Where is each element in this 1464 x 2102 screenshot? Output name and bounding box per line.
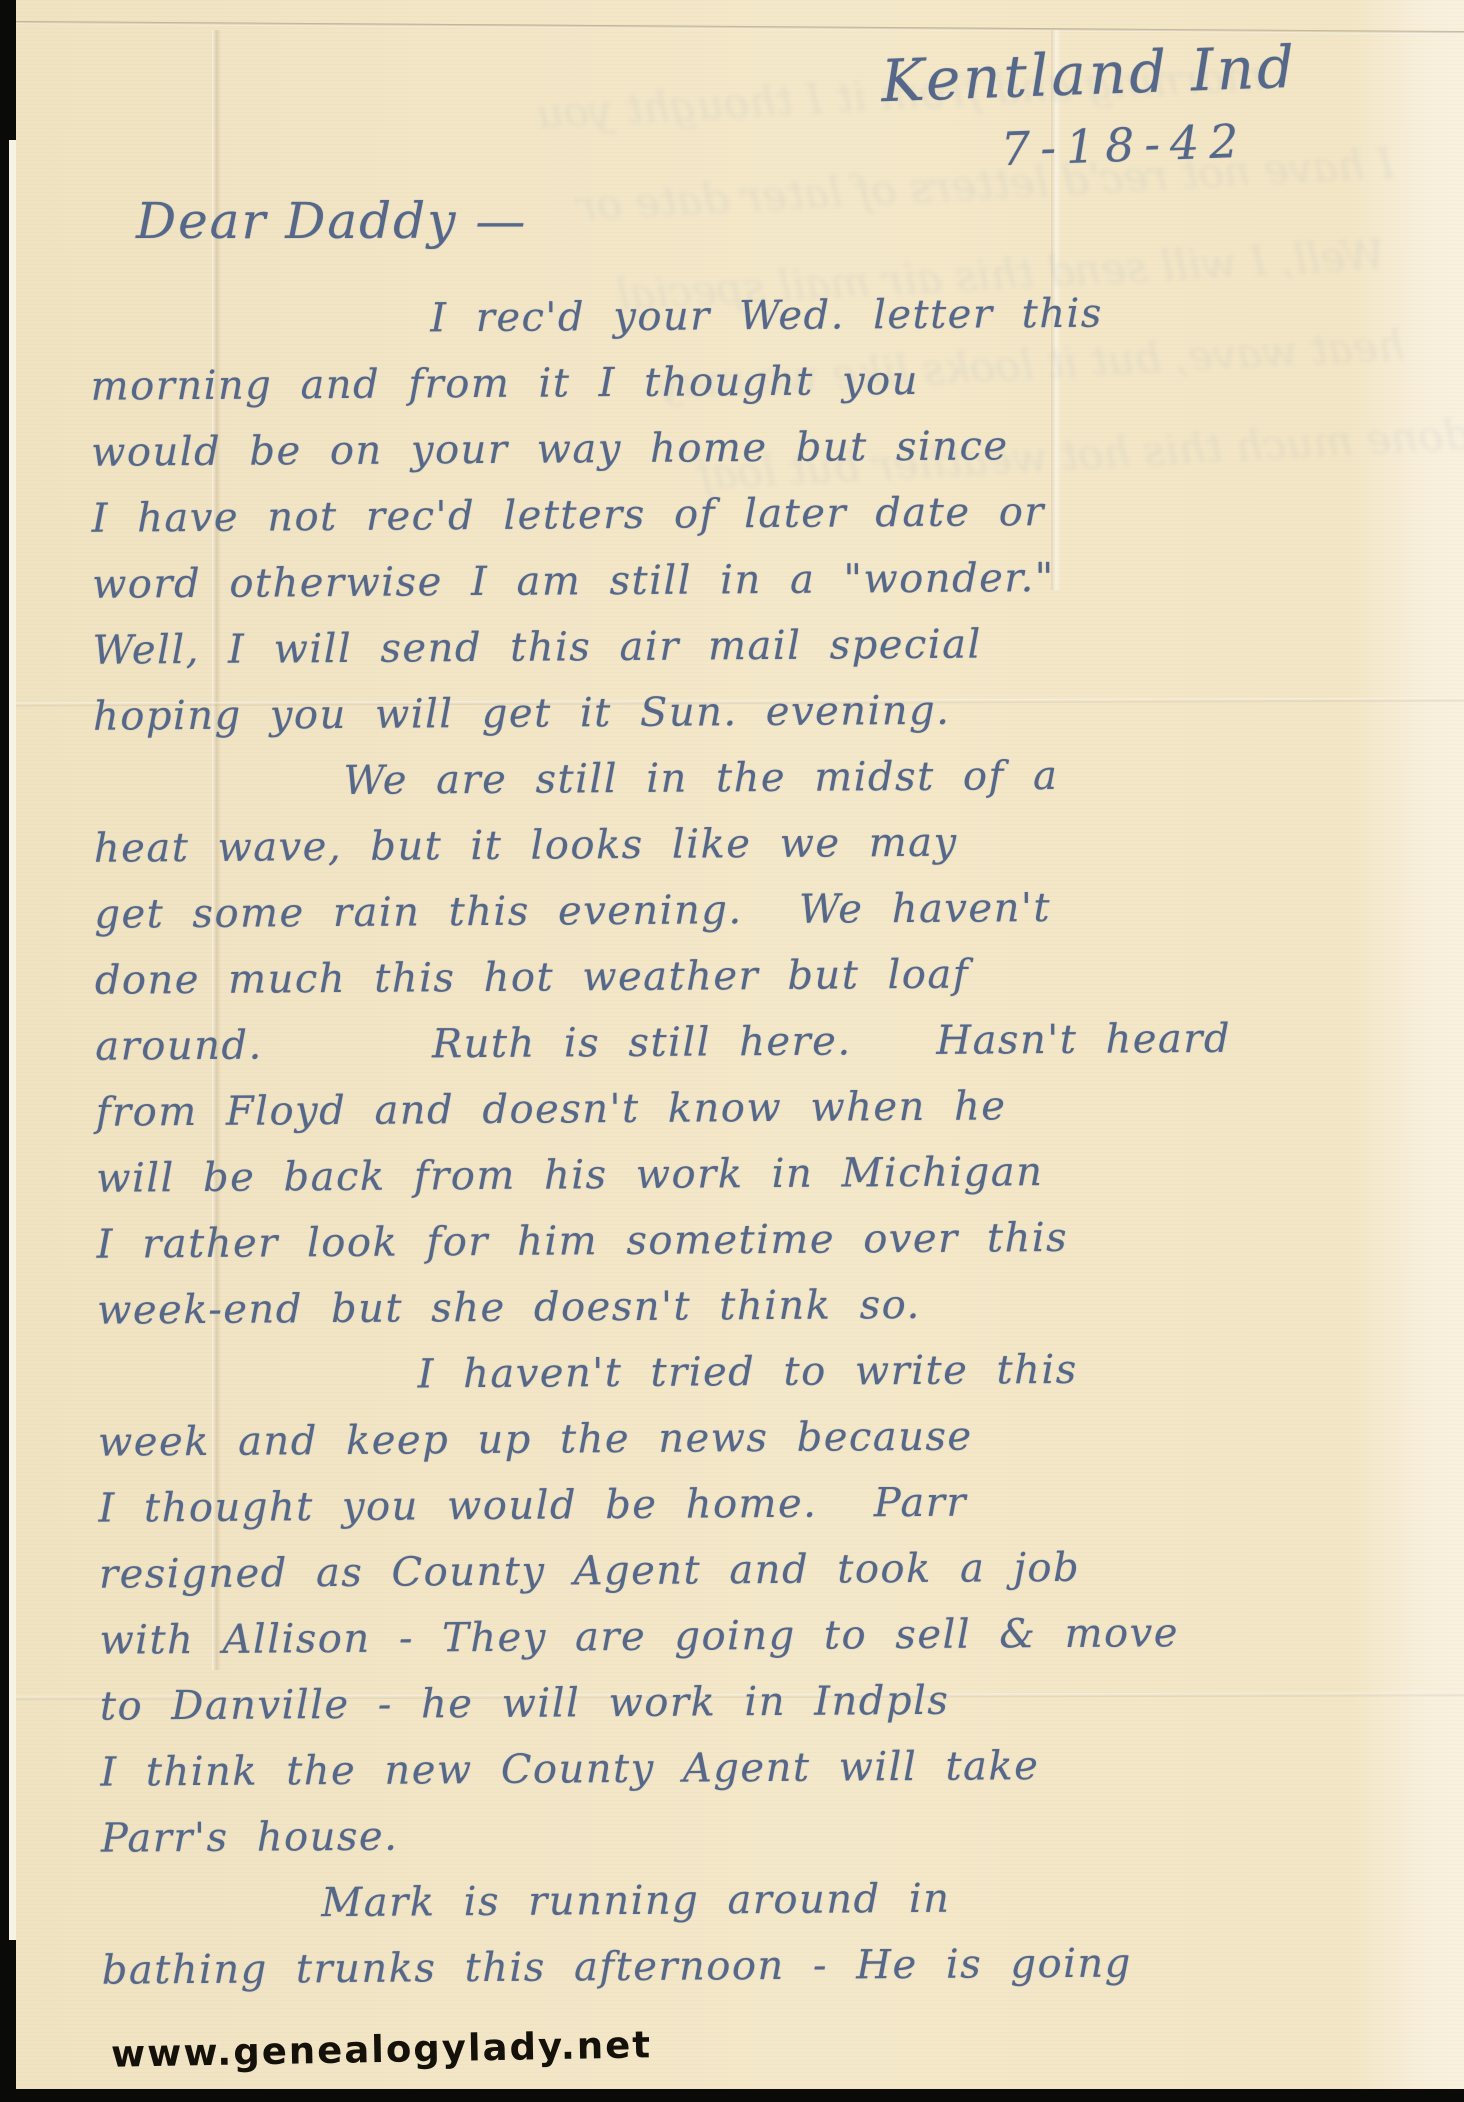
letter-body: I rec'd your Wed. letter this morning an… — [72, 278, 1464, 2004]
letter-line: I think the new County Agent will take — [82, 1730, 1462, 1806]
letter-line: I thought you would be home. Parr — [80, 1466, 1460, 1542]
crease-top-fold — [16, 21, 1464, 34]
letter-line: word otherwise I am still in a "wonder." — [74, 542, 1454, 618]
watermark: www.genealogylady.net — [111, 2023, 653, 2075]
letter-page: morning and from it I thought you I have… — [16, 0, 1464, 2089]
letter-line: heat wave, but it looks like we may — [76, 806, 1456, 882]
scan-edge-bottom — [0, 2088, 1464, 2102]
letter-line: get some rain this evening. We haven't — [76, 872, 1456, 948]
letter-line: hoping you will get it Sun. evening. — [75, 674, 1455, 750]
letter-line: Parr's house. — [83, 1796, 1463, 1872]
letter-line: Well, I will send this air mail special — [74, 608, 1454, 684]
letter-line: will be back from his work in Michigan — [78, 1136, 1458, 1212]
letter-line: morning and from it I thought you — [72, 344, 1452, 420]
letter-line: We are still in the midst of a — [75, 740, 1455, 816]
letter-line: done much this hot weather but loaf — [77, 938, 1457, 1014]
dateline-date: 7-18-42 — [1000, 114, 1249, 177]
letter-line: Mark is running around in — [83, 1862, 1463, 1938]
letter-line: I rather look for him sometime over this — [78, 1202, 1458, 1278]
letter-line: I haven't tried to write this — [79, 1334, 1459, 1410]
letter-line: resigned as County Agent and took a job — [81, 1532, 1461, 1608]
ink-showthrough: I have not rec'd letters of later date o… — [575, 139, 1395, 231]
salutation: Dear Daddy — — [136, 192, 527, 250]
letter-line: bathing trunks this afternoon - He is go… — [84, 1928, 1464, 2004]
letter-line: week-end but she doesn't think so. — [79, 1268, 1459, 1344]
letter-line: from Floyd and doesn't know when he — [78, 1070, 1458, 1146]
dateline-location: Kentland Ind — [880, 33, 1298, 115]
letter-line: week and keep up the news because — [80, 1400, 1460, 1476]
letter-line: I rec'd your Wed. letter this — [72, 278, 1452, 354]
letter-line: around. Ruth is still here. Hasn't heard — [77, 1004, 1457, 1080]
letter-line: with Allison - They are going to sell & … — [81, 1598, 1461, 1674]
letter-line: would be on your way home but since — [73, 410, 1453, 486]
letter-line: to Danville - he will work in Indpls — [82, 1664, 1462, 1740]
letter-line: I have not rec'd letters of later date o… — [73, 476, 1453, 552]
